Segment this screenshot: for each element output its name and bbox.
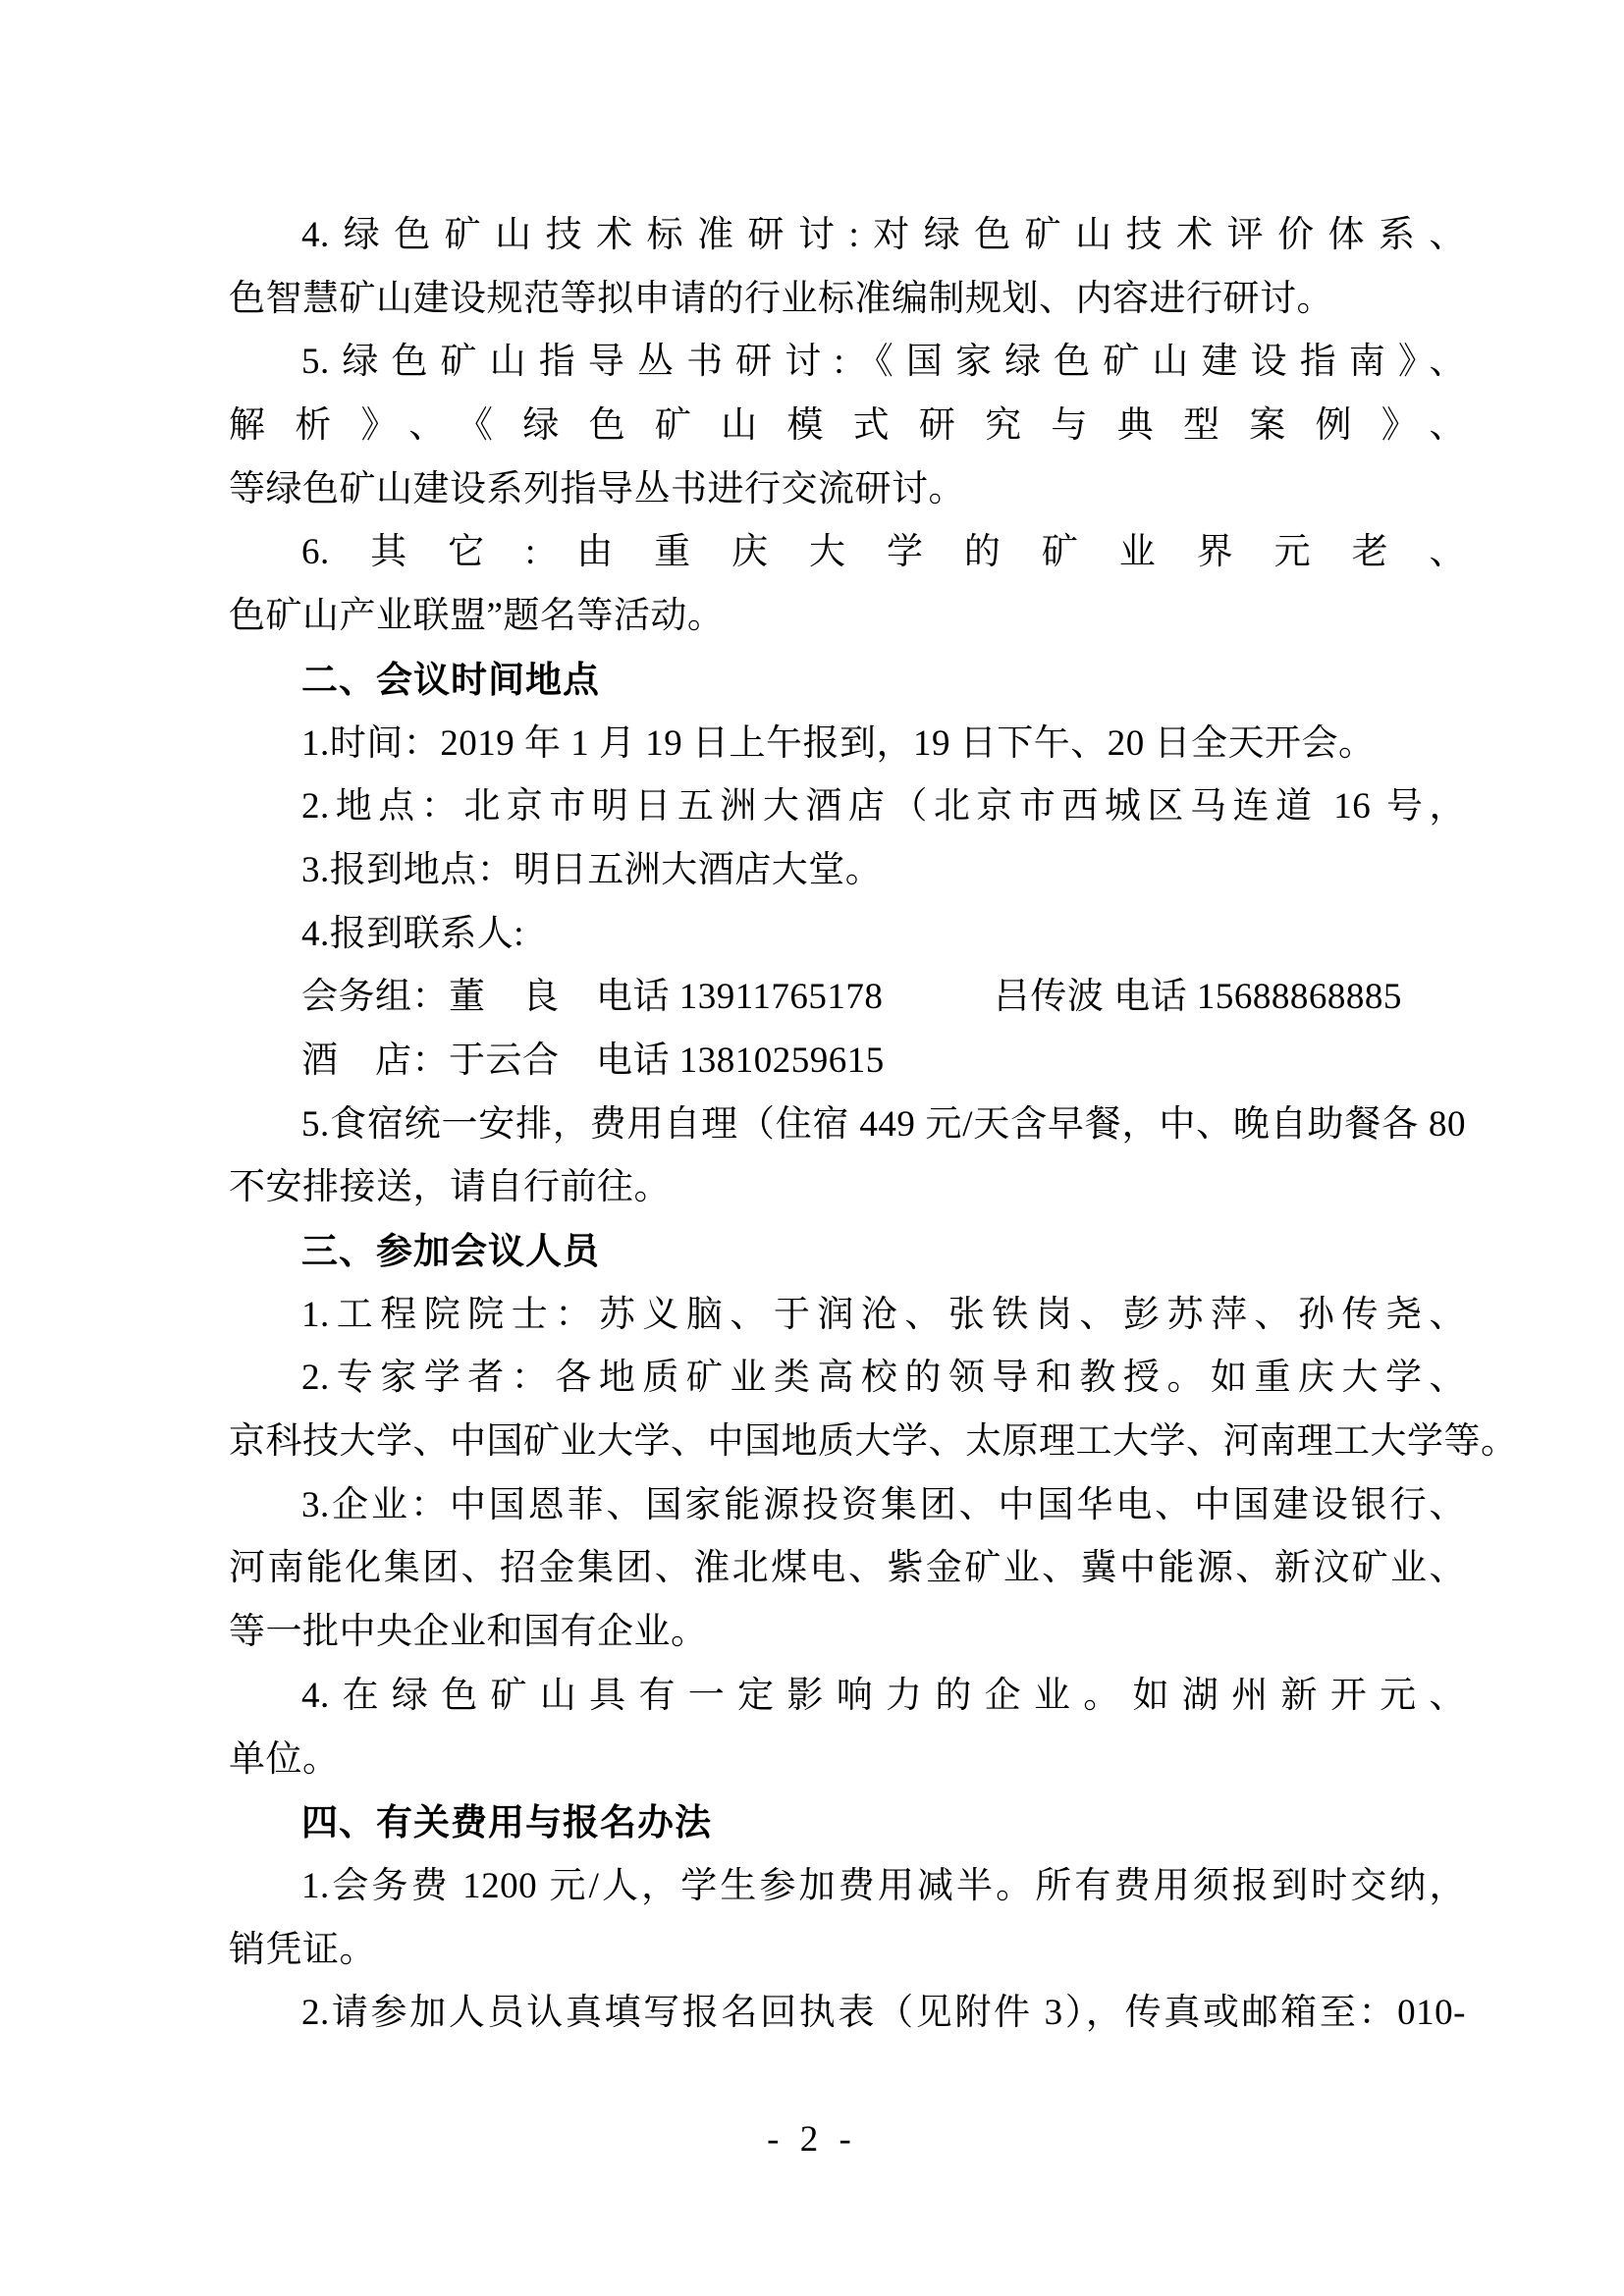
paragraph-line: 不安排接送，请自行前往。 [229,1156,1466,1220]
page-number: - 2 - [0,2109,1624,2172]
paragraph-line: 销凭证。 [229,1919,1466,1983]
paragraph-line: 京科技大学、中国矿业大学、中国地质大学、太原理工大学、河南理工大学等。 [229,1411,1466,1474]
paragraph-line: 1.会务费 1200 元/人，学生参加费用减半。所有费用须报到时交纳，统一开具报 [229,1855,1466,1919]
paragraph-line: 3.企业：中国恩菲、国家能源投资集团、中国华电、中国建设银行、兖矿集团、 [229,1474,1466,1538]
paragraph-line: 2.专家学者：各地质矿业类高校的领导和教授。如重庆大学、北京林业大学、北 [229,1347,1466,1411]
section-heading-participants: 三、参加会议人员 [229,1220,1466,1284]
document-body: 4.绿色矿山技术标准研讨:对绿色矿山技术评价体系、绿色矿业装备评价体系、绿 色智… [229,204,1466,2046]
paragraph-line: 5.食宿统一安排，费用自理（住宿 449 元/天含早餐，中、晚自助餐各 80 元… [229,1094,1466,1157]
paragraph-line: 6.其它:由重庆大学的矿业界元老、工程院院士鲜学福先生为联盟授予“中关村绿 [229,521,1466,585]
paragraph-line: 2.请参加人员认真填写报名回执表（见附件 3），传真或邮箱至：010-66503… [229,1982,1466,2046]
paragraph-line: 单位。 [229,1729,1466,1792]
paragraph-line: 4.报到联系人: [229,903,1466,967]
paragraph-line: 1.时间：2019 年 1 月 19 日上午报到，19 日下午、20 日全天开会… [229,713,1466,776]
paragraph-line: 等一批中央企业和国有企业。 [229,1601,1466,1665]
section-heading-meeting-time-place: 二、会议时间地点 [229,649,1466,713]
paragraph-line: 2.地点：北京市明日五洲大酒店（北京市西城区马连道 16 号，北京西站附近）。 [229,775,1466,839]
paragraph-line: 等绿色矿山建设系列指导丛书进行交流研讨。 [229,458,1466,522]
paragraph-line: 河南能化集团、招金集团、淮北煤电、紫金矿业、冀中能源、新汶矿业、长沙矿研院 [229,1537,1466,1601]
paragraph-line: 4.在绿色矿山具有一定影响力的企业。如湖州新开元、广东东升实业有限公司等 [229,1665,1466,1729]
section-heading-fees-registration: 四、有关费用与报名办法 [229,1791,1466,1855]
paragraph-line: 色智慧矿山建设规范等拟申请的行业标准编制规划、内容进行研讨。 [229,268,1466,332]
paragraph-line: 1.工程院院士：苏义脑、于润沧、张铁岗、彭苏萍、孙传尧、赵文津等多位院士。 [229,1284,1466,1348]
contact-line-hotel: 酒 店：于云合 电话 13810259615 [229,1030,1466,1094]
paragraph-line: 5.绿色矿山指导丛书研讨:《国家绿色矿山建设指南》、《国家绿色矿山建设规范 [229,331,1466,395]
document-page: 4.绿色矿山技术标准研讨:对绿色矿山技术评价体系、绿色矿业装备评价体系、绿 色智… [0,0,1624,2296]
paragraph-line: 4.绿色矿山技术标准研讨:对绿色矿山技术评价体系、绿色矿业装备评价体系、绿 [229,204,1466,268]
contact-line-conference-group: 会务组：董 良 电话 13911765178 吕传波 电话 1568886888… [229,966,1466,1030]
paragraph-line: 3.报到地点：明日五洲大酒店大堂。 [229,839,1466,903]
paragraph-line: 解析》、《绿色矿山模式研究与典型案例》、《生态文明建设在矿业领域中的实践》 [229,395,1466,458]
paragraph-line: 色矿山产业联盟”题名等活动。 [229,585,1466,649]
